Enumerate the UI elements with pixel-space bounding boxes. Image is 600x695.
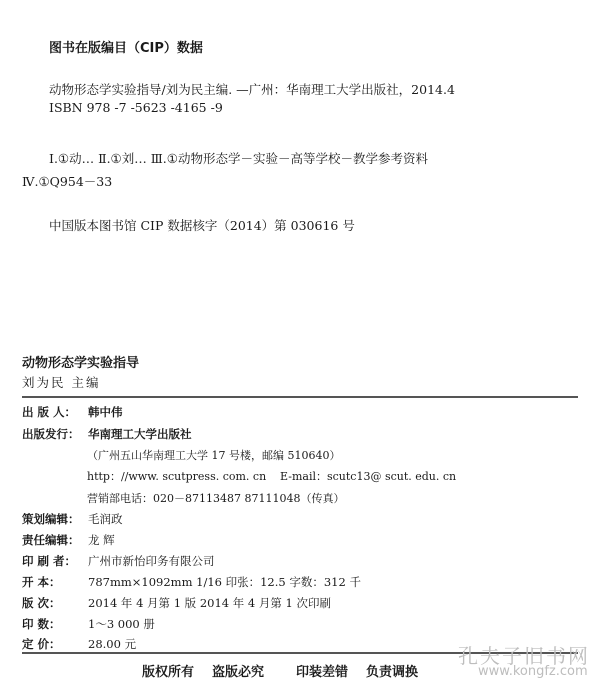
cip-classification-2: Ⅳ.①Q954－33 (22, 172, 112, 190)
distributor-label: 出版发行： (22, 426, 88, 442)
publisher-web: http：//www. scutpress. com. cn (87, 468, 266, 484)
footer-item-piracy: 盗版必究 (212, 665, 264, 680)
edition-value: 2014 年 4 月第 1 版 2014 年 4 月第 1 次印刷 (88, 596, 331, 610)
printer-value: 广州市新怡印务有限公司 (88, 554, 215, 568)
distributor-row: 出版发行：华南理工大学出版社 (22, 426, 192, 442)
edition-label: 版 次： (22, 595, 88, 611)
publisher-person-row: 出 版 人：韩中伟 (22, 404, 123, 420)
printer-row: 印 刷 者：广州市新怡印务有限公司 (22, 553, 215, 569)
planning-editor-label: 策划编辑： (22, 511, 88, 527)
book-editor: 刘为民 主编 (22, 373, 100, 391)
format-row: 开 本：787mm×1092mm 1/16 印张：12.5 字数：312 千 (22, 574, 361, 590)
edition-row: 版 次：2014 年 4 月第 1 版 2014 年 4 月第 1 次印刷 (22, 595, 331, 611)
print-run-row: 印 数：1～3 000 册 (22, 616, 155, 632)
price-value: 28.00 元 (88, 637, 136, 651)
responsible-editor-row: 责任编辑：龙 辉 (22, 532, 115, 548)
responsible-editor-label: 责任编辑： (22, 532, 88, 548)
publisher-address: （广州五山华南理工大学 17 号楼，邮编 510640） (87, 447, 340, 463)
price-label: 定 价： (22, 636, 88, 652)
print-run-label: 印 数： (22, 616, 88, 632)
cip-bibliographic-line: 动物形态学实验指导/刘为民主编. —广州：华南理工大学出版社，2014.4 (49, 80, 455, 98)
print-run-value: 1～3 000 册 (88, 617, 155, 631)
distributor-value: 华南理工大学出版社 (88, 427, 192, 441)
responsible-editor-value: 龙 辉 (88, 533, 115, 547)
planning-editor-row: 策划编辑：毛润政 (22, 511, 123, 527)
copyright-footer: 版权所有盗版必究印装差错负责调换 (142, 661, 436, 680)
book-title: 动物形态学实验指导 (22, 352, 139, 371)
top-divider (22, 396, 578, 398)
publisher-person-value: 韩中伟 (88, 405, 123, 419)
publisher-phone: 营销部电话：020－87113487 87111048（传真） (87, 490, 344, 506)
cip-library-note: 中国版本图书馆 CIP 数据核字（2014）第 030616 号 (49, 216, 355, 234)
footer-item-exchange: 负责调换 (366, 665, 418, 680)
planning-editor-value: 毛润政 (88, 512, 123, 526)
publisher-person-label: 出 版 人： (22, 404, 88, 420)
format-value: 787mm×1092mm 1/16 印张：12.5 字数：312 千 (88, 575, 361, 589)
cip-isbn: ISBN 978 -7 -5623 -4165 -9 (49, 100, 223, 115)
footer-item-defects: 印装差错 (296, 665, 348, 680)
cip-classification-1: Ⅰ.①动… Ⅱ.①刘… Ⅲ.①动物形态学－实验－高等学校－教学参考资料 (49, 149, 428, 167)
price-row: 定 价：28.00 元 (22, 636, 136, 652)
format-label: 开 本： (22, 574, 88, 590)
publisher-email: E-mail：scutc13@ scut. edu. cn (280, 468, 456, 484)
cip-heading: 图书在版编目（CIP）数据 (49, 37, 203, 56)
printer-label: 印 刷 者： (22, 553, 88, 569)
watermark-url: www.kongfz.com (478, 664, 588, 679)
footer-item-rights: 版权所有 (142, 665, 194, 680)
